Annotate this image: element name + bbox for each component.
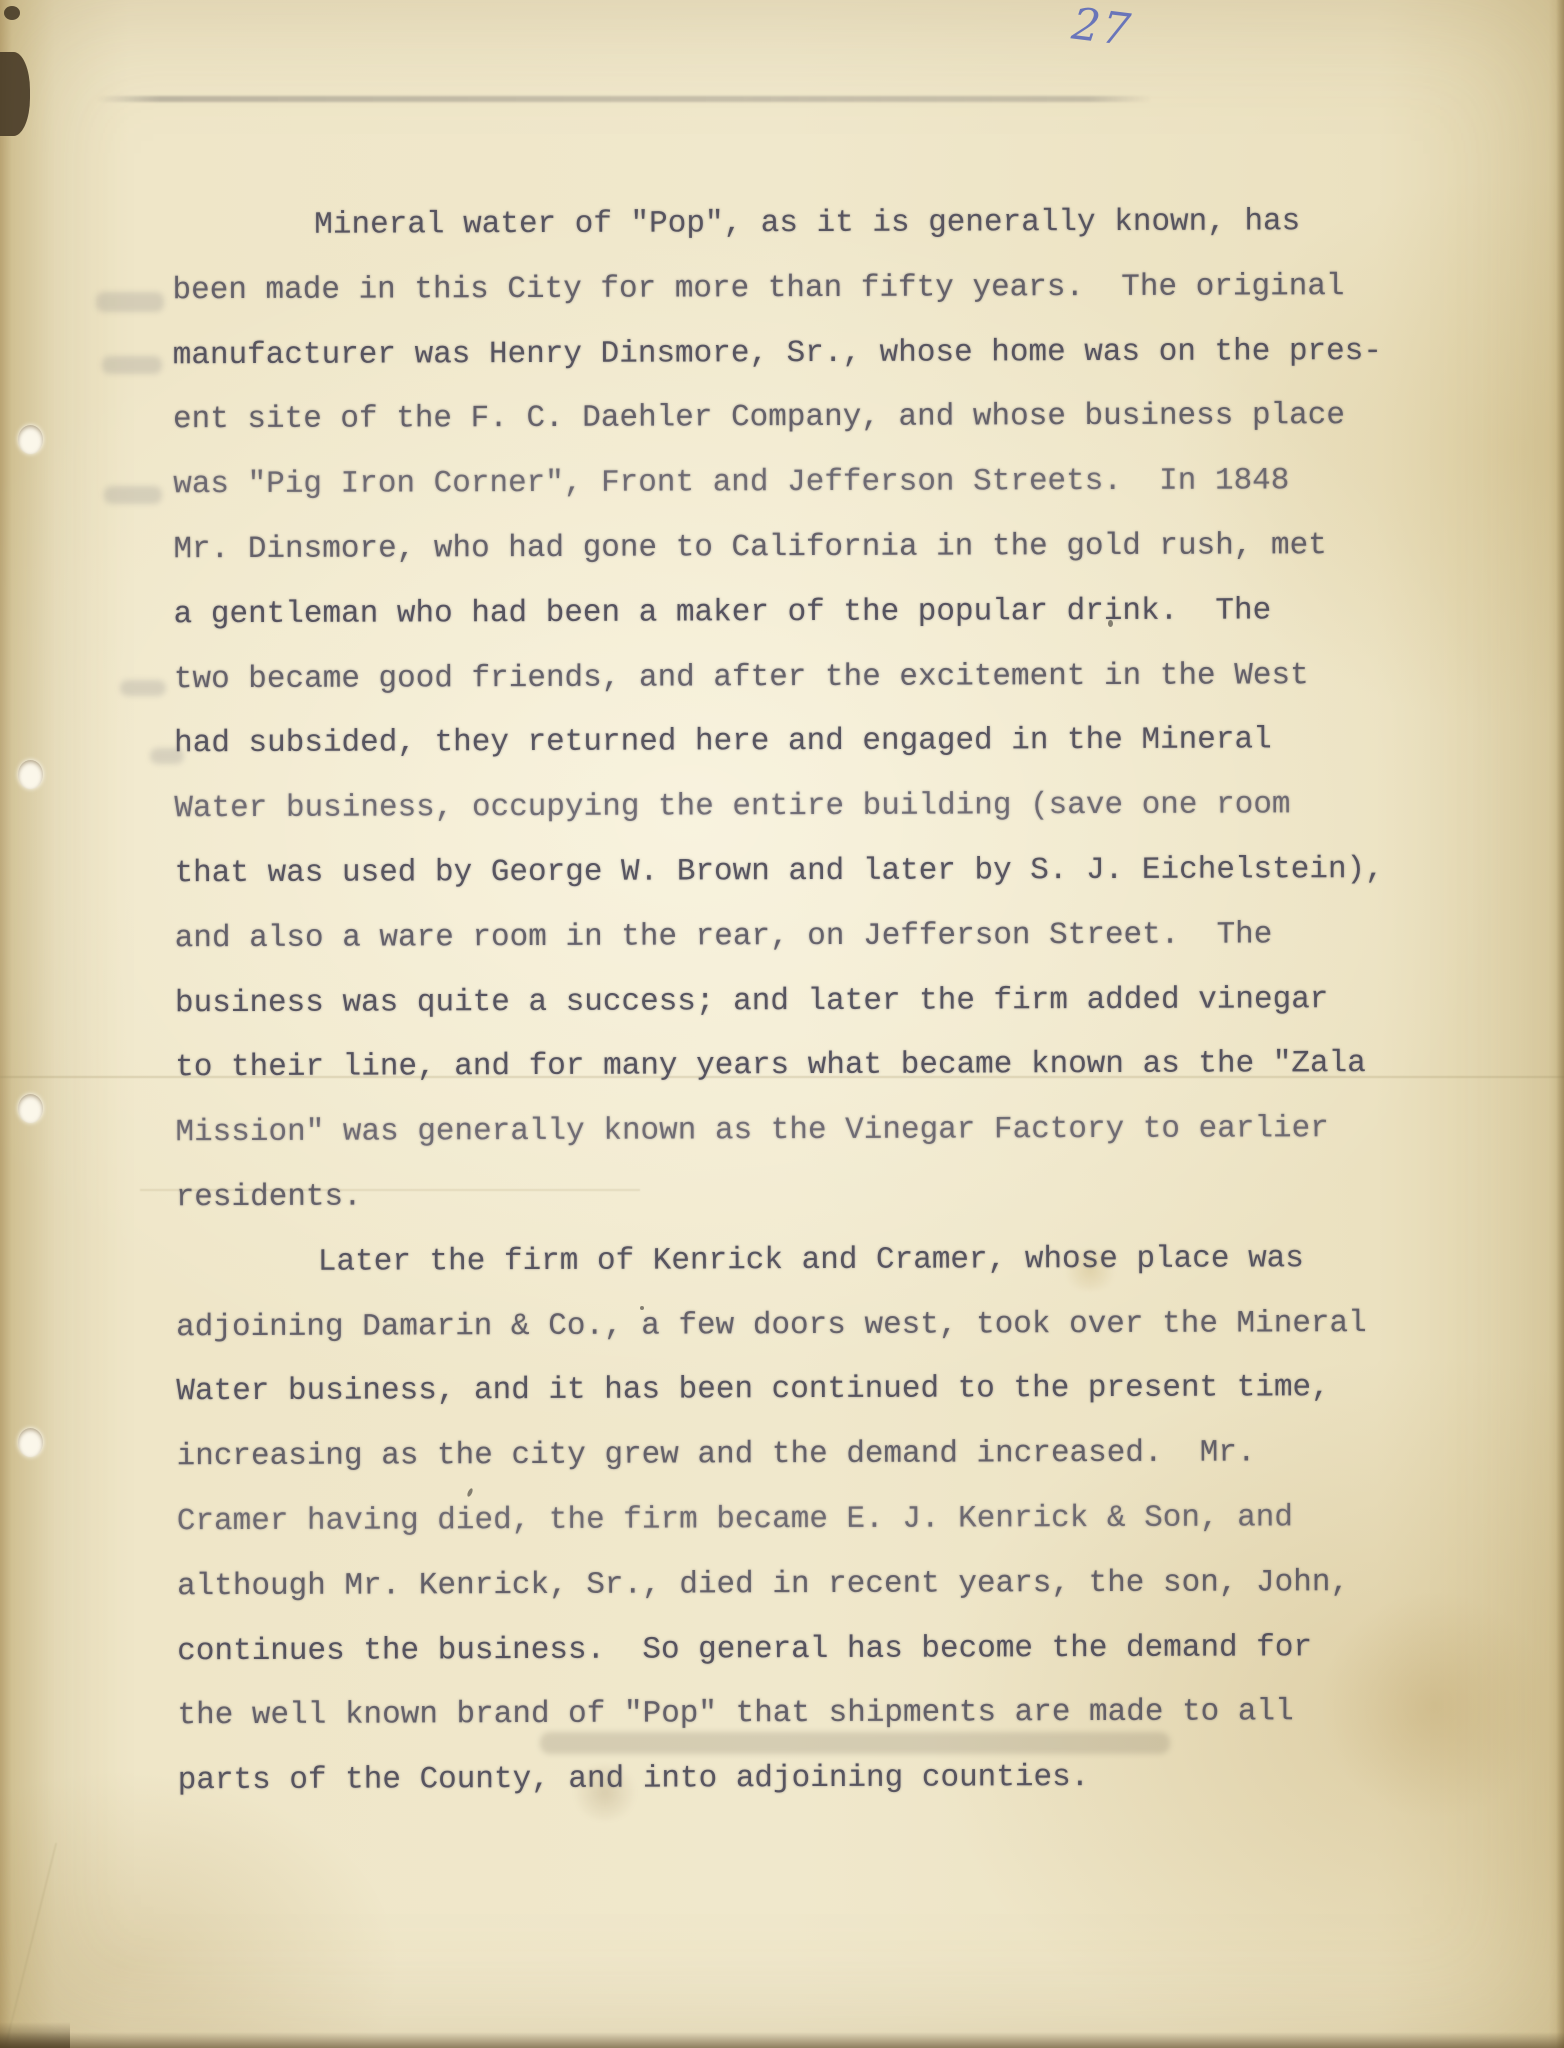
typed-line: parts of the County, and into adjoining … — [178, 1745, 1458, 1814]
paper-tear-dot — [4, 6, 20, 20]
typed-line: residents. — [176, 1162, 1456, 1231]
typed-line: was "Pig Iron Corner", Front and Jeffers… — [173, 449, 1453, 518]
page-bottom-left-corner — [0, 2022, 70, 2048]
typed-line: Water business, occupying the entire bui… — [174, 773, 1454, 842]
typed-line: Mr. Dinsmore, who had gone to California… — [173, 514, 1453, 583]
paper-tear-mark — [0, 52, 30, 136]
punch-hole — [18, 1428, 43, 1457]
ink-smudge — [102, 356, 162, 374]
typed-line: although Mr. Kenrick, Sr., died in recen… — [177, 1550, 1457, 1619]
typed-line: manufacturer was Henry Dinsmore, Sr., wh… — [173, 319, 1453, 388]
ink-smudge — [120, 680, 166, 696]
typed-line: been made in this City for more than fif… — [172, 255, 1452, 324]
typed-line: to their line, and for many years what b… — [175, 1032, 1455, 1101]
scan-streak-line — [96, 96, 1152, 102]
typed-line: Cramer having died, the firm became E. J… — [177, 1486, 1457, 1555]
ink-smudge — [96, 292, 164, 312]
paper-crease — [5, 1843, 57, 2045]
paragraph-mineral-water-history: Mineral water of "Pop", as it is general… — [172, 190, 1456, 1231]
typed-line: business was quite a success; and later … — [175, 967, 1455, 1036]
page-right-edge — [1556, 0, 1564, 2048]
document-page: 27 Mineral water of "Pop", as it is gene… — [0, 0, 1564, 2048]
typed-line: continues the business. So general has b… — [177, 1615, 1457, 1684]
page-bottom-edge — [0, 2032, 1564, 2048]
typed-line: Water business, and it has been continue… — [176, 1356, 1456, 1425]
typed-line: increasing as the city grew and the dema… — [176, 1421, 1456, 1490]
typed-line: Later the firm of Kenrick and Cramer, wh… — [176, 1227, 1456, 1296]
page-number: 27 — [1069, 0, 1135, 56]
typed-line: adjoining Damarin & Co., a few doors wes… — [176, 1291, 1456, 1360]
typed-line: Mineral water of "Pop", as it is general… — [172, 190, 1452, 259]
typed-text-block: Mineral water of "Pop", as it is general… — [172, 190, 1458, 1814]
typed-line: ent site of the F. C. Daehler Company, a… — [173, 384, 1453, 453]
typed-line: and also a ware room in the rear, on Jef… — [175, 903, 1455, 972]
typed-line: that was used by George W. Brown and lat… — [174, 838, 1454, 907]
typed-line: had subsided, they returned here and eng… — [174, 708, 1454, 777]
paragraph-kenrick-cramer-firm: Later the firm of Kenrick and Cramer, wh… — [176, 1227, 1458, 1815]
typed-line: the well known brand of "Pop" that shipm… — [177, 1680, 1457, 1749]
ink-smudge — [104, 486, 162, 504]
punch-hole — [18, 760, 43, 789]
punch-hole — [18, 1094, 43, 1123]
typed-line: a gentleman who had been a maker of the … — [174, 579, 1454, 648]
typed-line: Mission" was generally known as the Vine… — [175, 1097, 1455, 1166]
punch-hole — [18, 425, 43, 454]
typed-line: two became good friends, and after the e… — [174, 643, 1454, 712]
